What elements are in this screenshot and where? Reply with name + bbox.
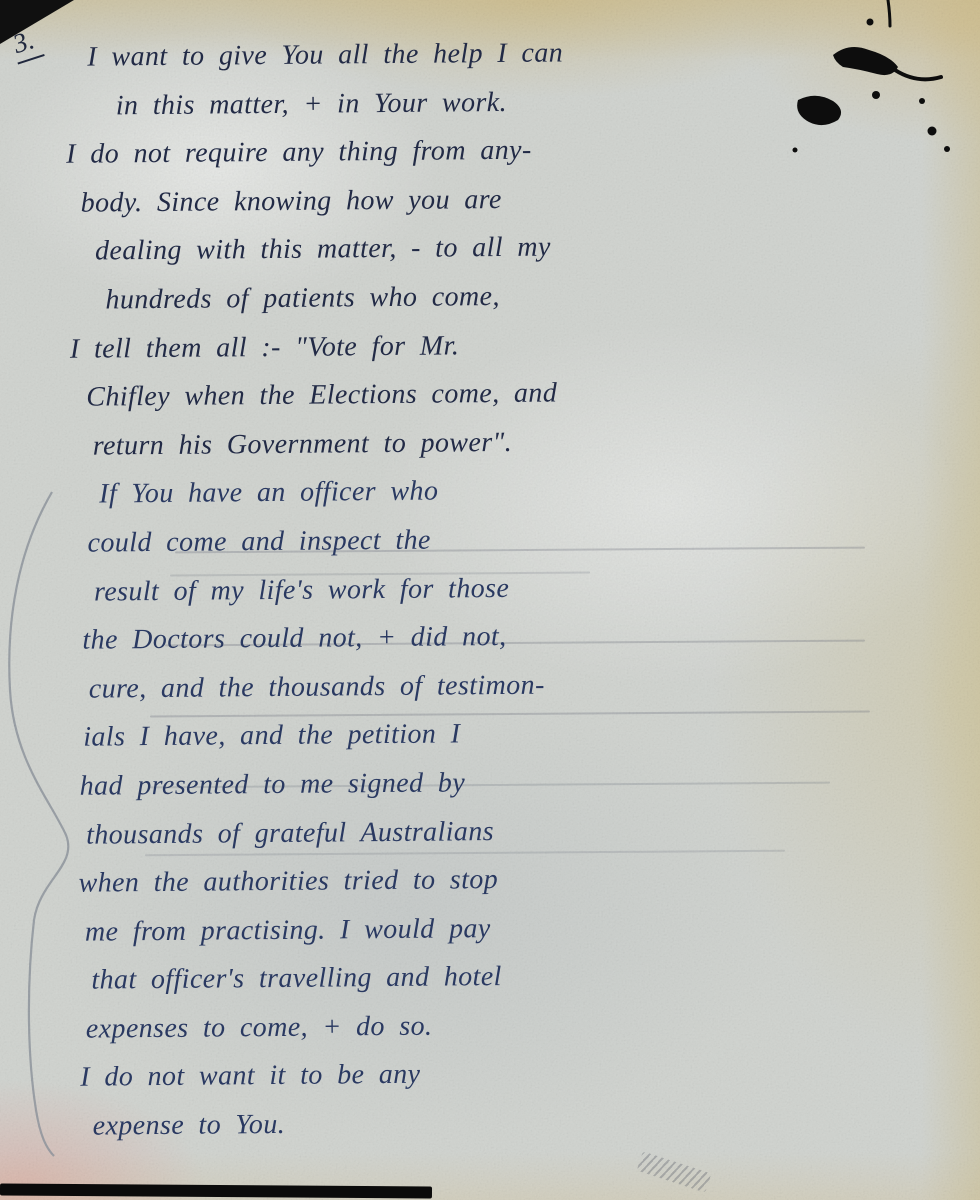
letter-line: return his Government to power". — [93, 415, 941, 471]
letter-line: I do not require any thing from any- — [66, 123, 938, 179]
letter-line: result of my life's work for those — [94, 561, 942, 617]
letter-line: expense to You. — [92, 1095, 946, 1151]
letter-line: expenses to come, + do so. — [86, 998, 946, 1054]
letter-line: could come and inspect the — [87, 512, 941, 568]
letter-line: body. Since knowing how you are — [80, 172, 938, 228]
letter-line: hundreds of patients who come, — [105, 269, 939, 325]
letter-line: had presented to me signed by — [80, 755, 944, 811]
letter-line: thousands of grateful Australians — [86, 804, 944, 860]
letter-body: I want to give You all the help I can in… — [57, 26, 947, 1151]
letter-page: 3. I want to give You all the help I can… — [0, 0, 980, 1200]
letter-line: ials I have, and the petition I — [83, 706, 943, 762]
letter-line: dealing with this matter, - to all my — [95, 221, 939, 277]
letter-line: cure, and the thousands of testimon- — [89, 658, 943, 714]
page-number: 3. — [7, 22, 45, 64]
letter-line: I tell them all :- "Vote for Mr. — [70, 318, 940, 374]
pencil-smudge — [637, 1151, 712, 1192]
letter-line: me from practising. I would pay — [85, 901, 945, 957]
letter-line: I want to give You all the help I can — [87, 26, 937, 82]
letter-line: the Doctors could not, + did not, — [82, 609, 942, 665]
letter-line: If You have an officer who — [99, 464, 941, 520]
letter-line: when the authorities tried to stop — [78, 852, 944, 908]
scan-edge-artifact — [0, 1183, 432, 1198]
letter-line: Chifley when the Elections come, and — [86, 366, 940, 422]
letter-line: that officer's travelling and hotel — [91, 949, 945, 1005]
letter-line: I do not want it to be any — [80, 1047, 946, 1103]
letter-line: in this matter, + in Your work. — [116, 75, 938, 131]
